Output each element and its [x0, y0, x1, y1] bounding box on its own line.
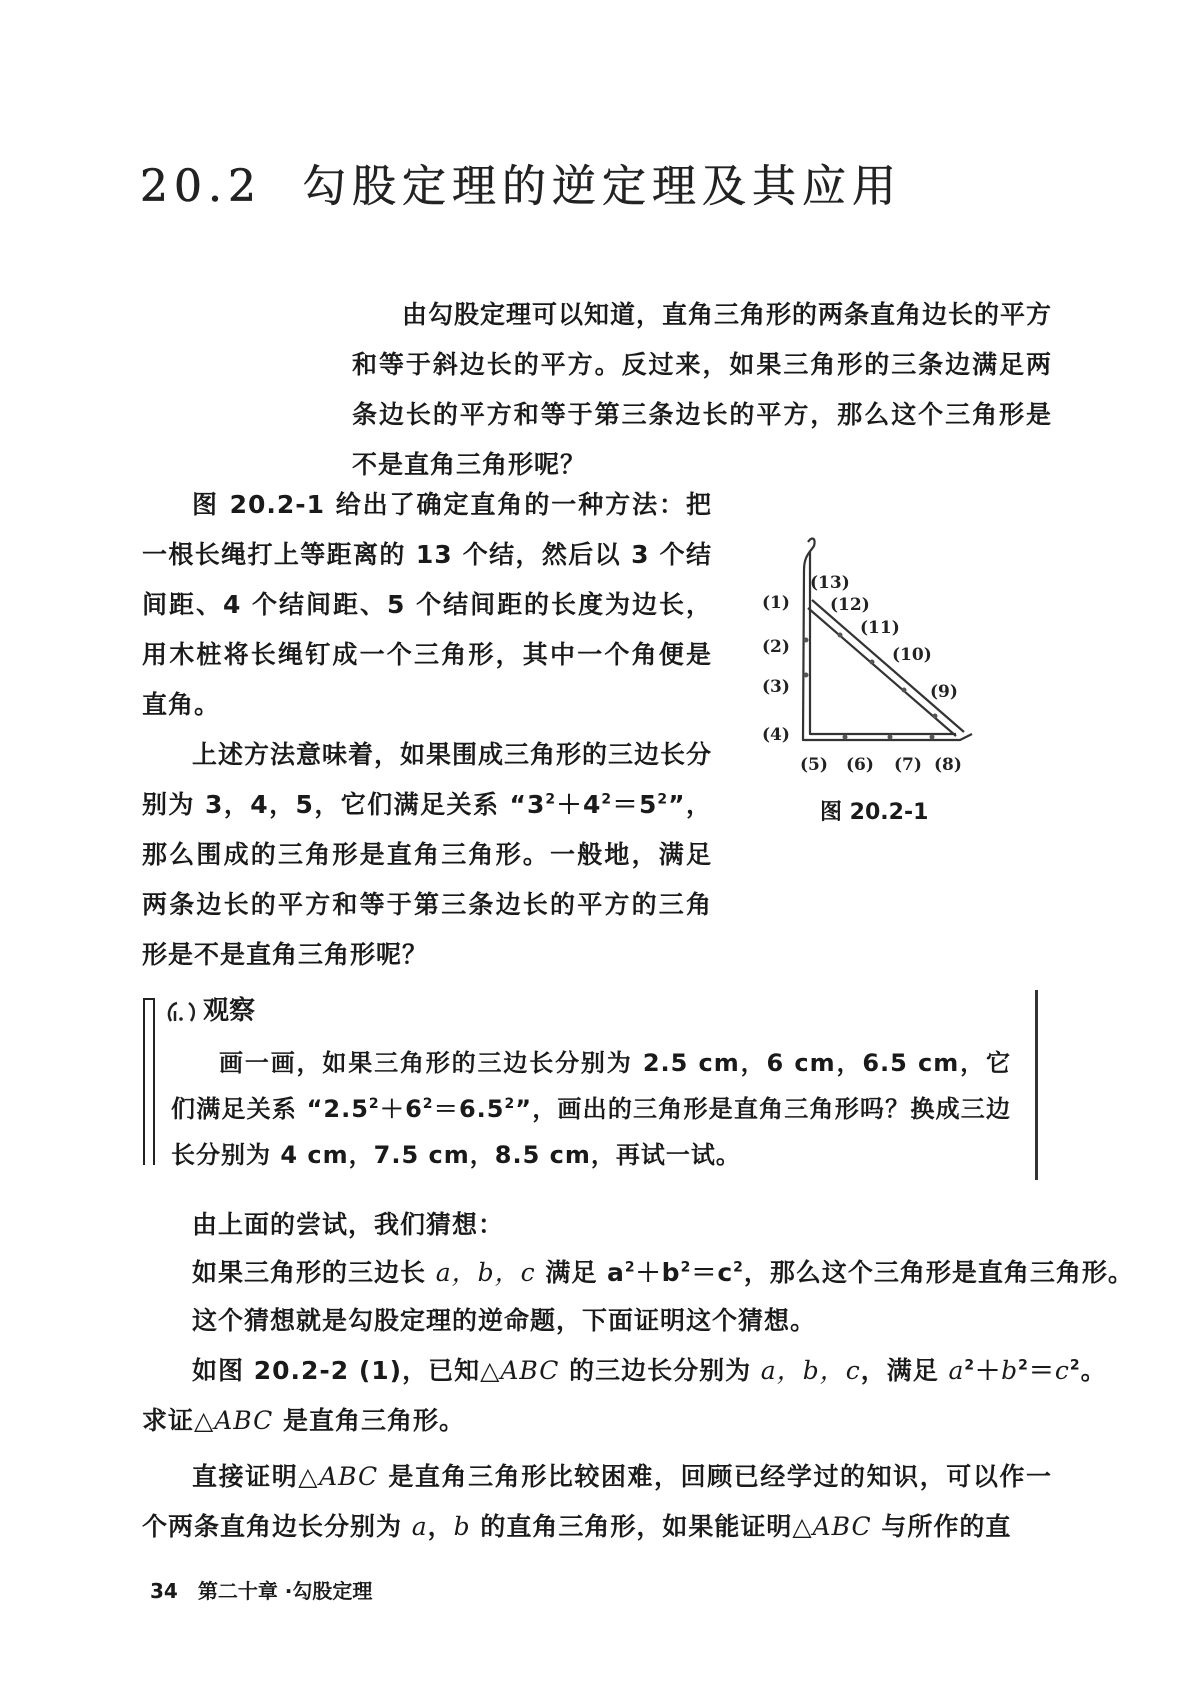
text-fragment: ＝	[1029, 1356, 1055, 1385]
knot-label-6: (6)	[846, 755, 874, 775]
superscript: 2	[733, 1260, 744, 1276]
superscript: 2	[369, 1096, 380, 1112]
section-title: 20.2勾股定理的逆定理及其应用	[140, 150, 902, 214]
chapter-label: 第二十章 ·勾股定理	[198, 1579, 373, 1603]
math-a: a	[412, 1512, 428, 1541]
textbook-page: 20.2勾股定理的逆定理及其应用 由勾股定理可以知道，直角三角形的两条直角边长的…	[0, 0, 1190, 1683]
paragraph-rope-text: 图 20.2-1 给出了确定直角的一种方法：把一根长绳打上等距离的 13 个结，…	[142, 490, 712, 719]
knot-label-11: (11)	[860, 618, 900, 638]
knot-label-2: (2)	[762, 637, 790, 657]
page-footer: 34第二十章 ·勾股定理	[150, 1575, 372, 1604]
observe-box: 观察 画一画，如果三角形的三边长分别为 2.5 cm，6 cm，6.5 cm，它…	[143, 990, 1038, 1180]
superscript: 2	[681, 1260, 692, 1276]
text-fragment: 求证△	[142, 1406, 214, 1435]
knot-label-4: (4)	[762, 725, 790, 745]
knot-label-13: (13)	[810, 573, 850, 593]
paragraph-implication: 上述方法意味着，如果围成三角形的三边长分别为 3，4，5，它们满足关系 “32＋…	[142, 730, 712, 980]
knot-label-7: (7)	[894, 755, 922, 775]
knot-label-9: (9)	[930, 682, 958, 702]
section-number: 20.2	[140, 161, 262, 212]
text-fragment: ＋b	[636, 1258, 681, 1287]
intro-paragraph: 由勾股定理可以知道，直角三角形的两条直角边长的平方和等于斜边长的平方。反过来，如…	[352, 290, 1052, 490]
text-fragment: 的三边长分别为	[559, 1356, 760, 1385]
knot-label-1: (1)	[762, 593, 790, 613]
text-fragment: ＋4	[556, 790, 601, 819]
text-fragment: ＝5	[612, 790, 657, 819]
superscript: 2	[657, 792, 668, 808]
text-fragment: ，满足	[861, 1356, 949, 1385]
observe-heading: 观察	[165, 990, 255, 1027]
math-vars: a，b，c	[761, 1356, 861, 1385]
superscript: 2	[1018, 1358, 1029, 1374]
text-fragment: ＋6	[380, 1095, 423, 1123]
text-fragment: ，	[428, 1512, 454, 1541]
superscript: 2	[625, 1260, 636, 1276]
observe-icon	[165, 999, 203, 1025]
conjecture-lead: 由上面的尝试，我们猜想：	[192, 1200, 504, 1250]
text-fragment: 满足 a	[536, 1258, 625, 1287]
conjecture-note: 这个猜想就是勾股定理的逆命题，下面证明这个猜想。	[192, 1296, 816, 1346]
math-b: b	[454, 1512, 471, 1541]
text-fragment: 如图 20.2-2 (1)，已知△	[192, 1356, 500, 1385]
superscript: 2	[964, 1358, 975, 1374]
superscript: 2	[601, 792, 612, 808]
text-fragment: 。	[1081, 1356, 1107, 1385]
observe-heading-text: 观察	[203, 996, 255, 1026]
text-fragment: 的直角三角形，如果能证明△	[471, 1512, 813, 1541]
text-fragment: 与所作的直	[872, 1512, 1012, 1541]
text-fragment: 直接证明△	[192, 1462, 319, 1491]
knot-label-12: (12)	[830, 595, 870, 615]
math-vars: a，b，c	[436, 1258, 536, 1287]
superscript: 2	[423, 1096, 434, 1112]
section-title-text: 勾股定理的逆定理及其应用	[302, 161, 902, 212]
rope-triangle-diagram: (1) (2) (3) (4) (5) (6) (7) (8) (9) (10)…	[760, 530, 1020, 780]
knot-label-5: (5)	[800, 755, 828, 775]
math-b: b	[1001, 1356, 1018, 1385]
superscript: 2	[545, 792, 556, 808]
observe-text: 画一画，如果三角形的三边长分别为 2.5 cm，6 cm，6.5 cm，它们满足…	[171, 1040, 1011, 1178]
math-abc: ABC	[500, 1356, 559, 1385]
box-left-border	[143, 998, 155, 1165]
proof-strategy: 直接证明△ABC 是直角三角形比较困难，回顾已经学过的知识，可以作一个两条直角边…	[142, 1452, 1052, 1552]
math-a: a	[948, 1356, 964, 1385]
page-number: 34	[150, 1579, 178, 1603]
math-abc: ABC	[214, 1406, 273, 1435]
superscript: 2	[1070, 1358, 1081, 1374]
text-fragment: ＋	[975, 1356, 1001, 1385]
figure-rope-triangle: (1) (2) (3) (4) (5) (6) (7) (8) (9) (10)…	[760, 530, 1020, 780]
math-abc: ABC	[319, 1462, 378, 1491]
math-c: c	[1055, 1356, 1070, 1385]
math-abc: ABC	[813, 1512, 872, 1541]
knot-label-3: (3)	[762, 677, 790, 697]
knot-label-8: (8)	[934, 755, 962, 775]
proof-given: 如图 20.2-2 (1)，已知△ABC 的三边长分别为 a，b，c，满足 a2…	[192, 1346, 1107, 1396]
conjecture-statement: 如果三角形的三边长 a，b，c 满足 a2＋b2＝c2，那么这个三角形是直角三角…	[192, 1248, 1134, 1298]
box-right-border	[1035, 990, 1038, 1180]
superscript: 2	[504, 1096, 515, 1112]
proof-to-show: 求证△ABC 是直角三角形。	[142, 1396, 465, 1446]
text-fragment: ，那么这个三角形是直角三角形。	[744, 1258, 1134, 1287]
figure-caption: 图 20.2-1	[820, 795, 928, 826]
text-fragment: ＝6.5	[434, 1095, 505, 1123]
knot-label-10: (10)	[892, 645, 932, 665]
paragraph-rope-method: 图 20.2-1 给出了确定直角的一种方法：把一根长绳打上等距离的 13 个结，…	[142, 480, 712, 730]
text-fragment: 如果三角形的三边长	[192, 1258, 436, 1287]
intro-text: 由勾股定理可以知道，直角三角形的两条直角边长的平方和等于斜边长的平方。反过来，如…	[352, 300, 1052, 479]
text-fragment: ＝c	[691, 1258, 733, 1287]
text-fragment: 是直角三角形。	[273, 1406, 465, 1435]
